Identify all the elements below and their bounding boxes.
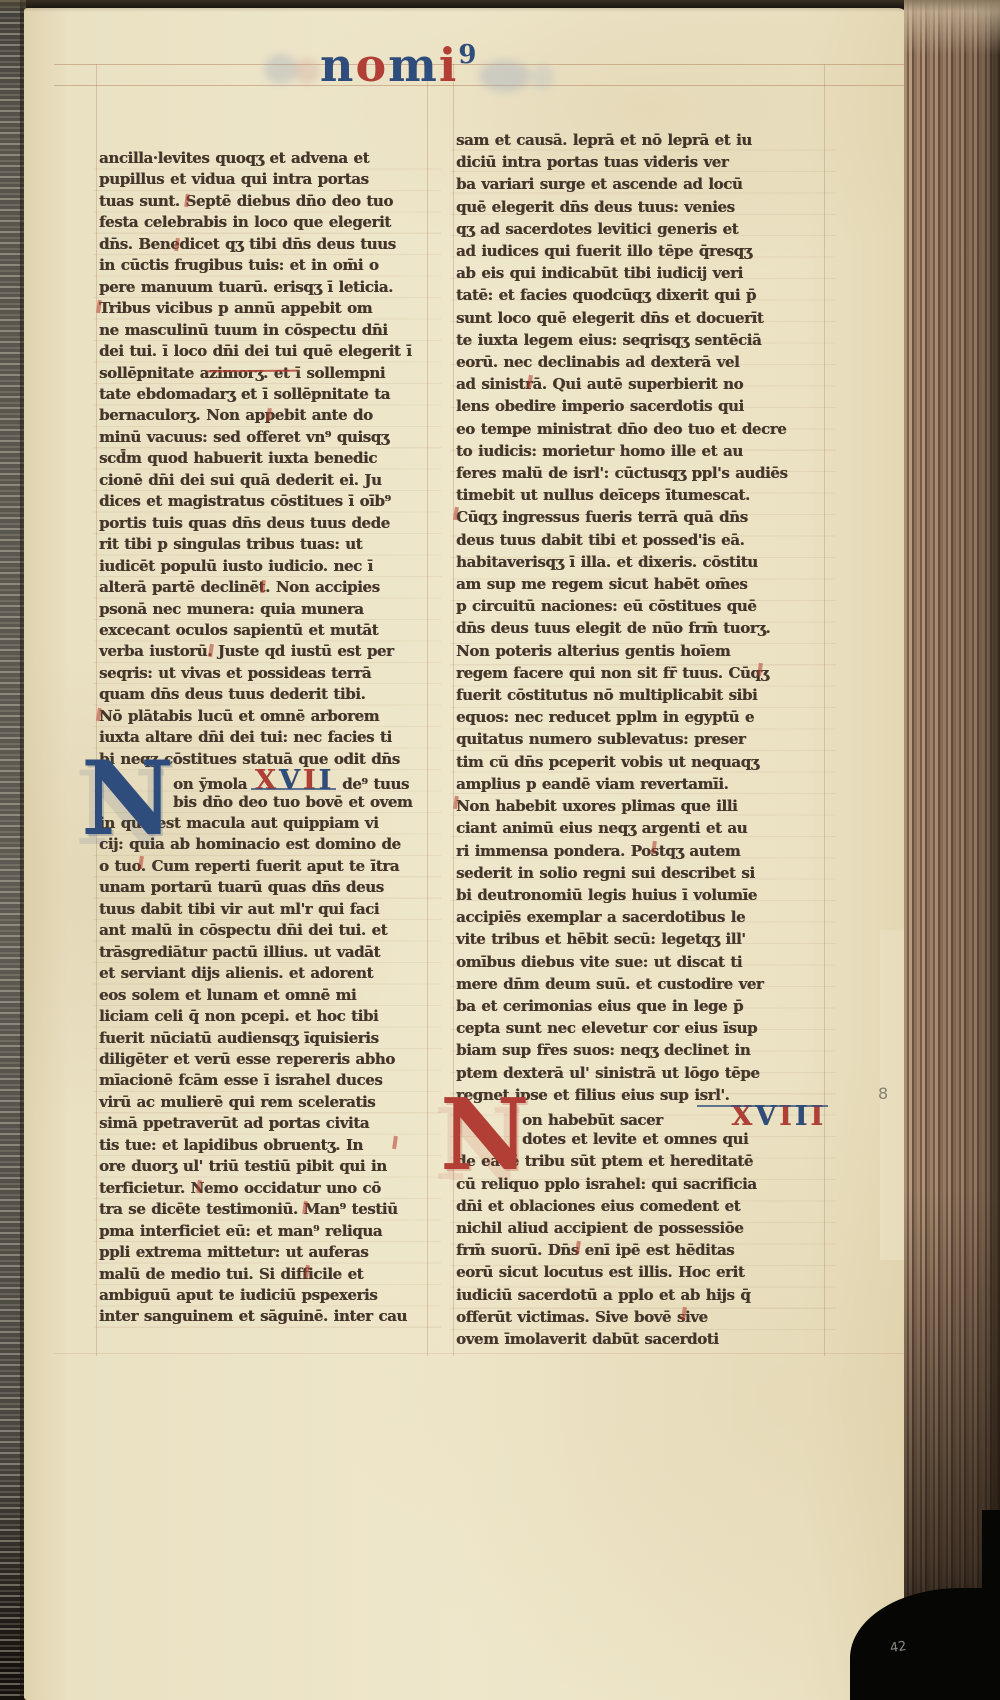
manuscript-page: nomi9 ancilla·levites quoqʒ et advena et…: [24, 8, 908, 1700]
header-letter: m: [388, 38, 439, 92]
header-letter: i: [439, 38, 458, 92]
folio-number-pencil: 42: [889, 1639, 907, 1656]
margin-note: 8: [878, 1084, 888, 1103]
chapter-17-first-line: on ȳmola XVII de⁹ tuus: [173, 770, 431, 791]
chapter-17-initial: N: [81, 760, 174, 840]
running-header: nomi9: [320, 38, 476, 96]
book-fore-edge: [904, 0, 1000, 1700]
top-page-edge-shadow: [0, 0, 1000, 12]
showthrough-blot: [294, 58, 320, 84]
bible-text-deut16: ancilla·levites quoqʒ et advena et pupil…: [99, 148, 431, 770]
header-letter: n: [320, 38, 355, 92]
chapter-17-opening: N on ȳmola XVII de⁹ tuus bis dn̄o deo tu…: [99, 770, 431, 813]
chapter-18-number: XVIII: [731, 1106, 826, 1128]
ruling-line: [54, 1353, 924, 1354]
showthrough-blot: [532, 64, 554, 90]
chapter-18-initial: N: [440, 1098, 529, 1174]
chapter-18-first-line: on habebūt sacer XVIII: [522, 1106, 826, 1128]
manuscript-photo: nomi9 ancilla·levites quoqʒ et advena et…: [0, 0, 1000, 1700]
header-letter: o: [355, 38, 388, 92]
bible-text-deut17: in quo est macula aut quippiam vi cij: q…: [99, 813, 431, 1328]
text-column-right: sam et causā. leprā et nō leprā et iu di…: [456, 129, 826, 1350]
bible-text-deut17b: sam et causā. leprā et nō leprā et iu di…: [456, 129, 826, 1106]
text-column-left: ancilla·levites quoqʒ et advena et pupil…: [99, 148, 431, 1328]
header-abbreviation-mark: 9: [458, 40, 476, 70]
showthrough-blot: [479, 60, 531, 92]
chapter-17-number: XVII: [255, 770, 334, 791]
showthrough-blot: [264, 54, 298, 84]
chapter-18-opening: N on habebūt sacer XVIII dotes et levite…: [456, 1106, 826, 1150]
